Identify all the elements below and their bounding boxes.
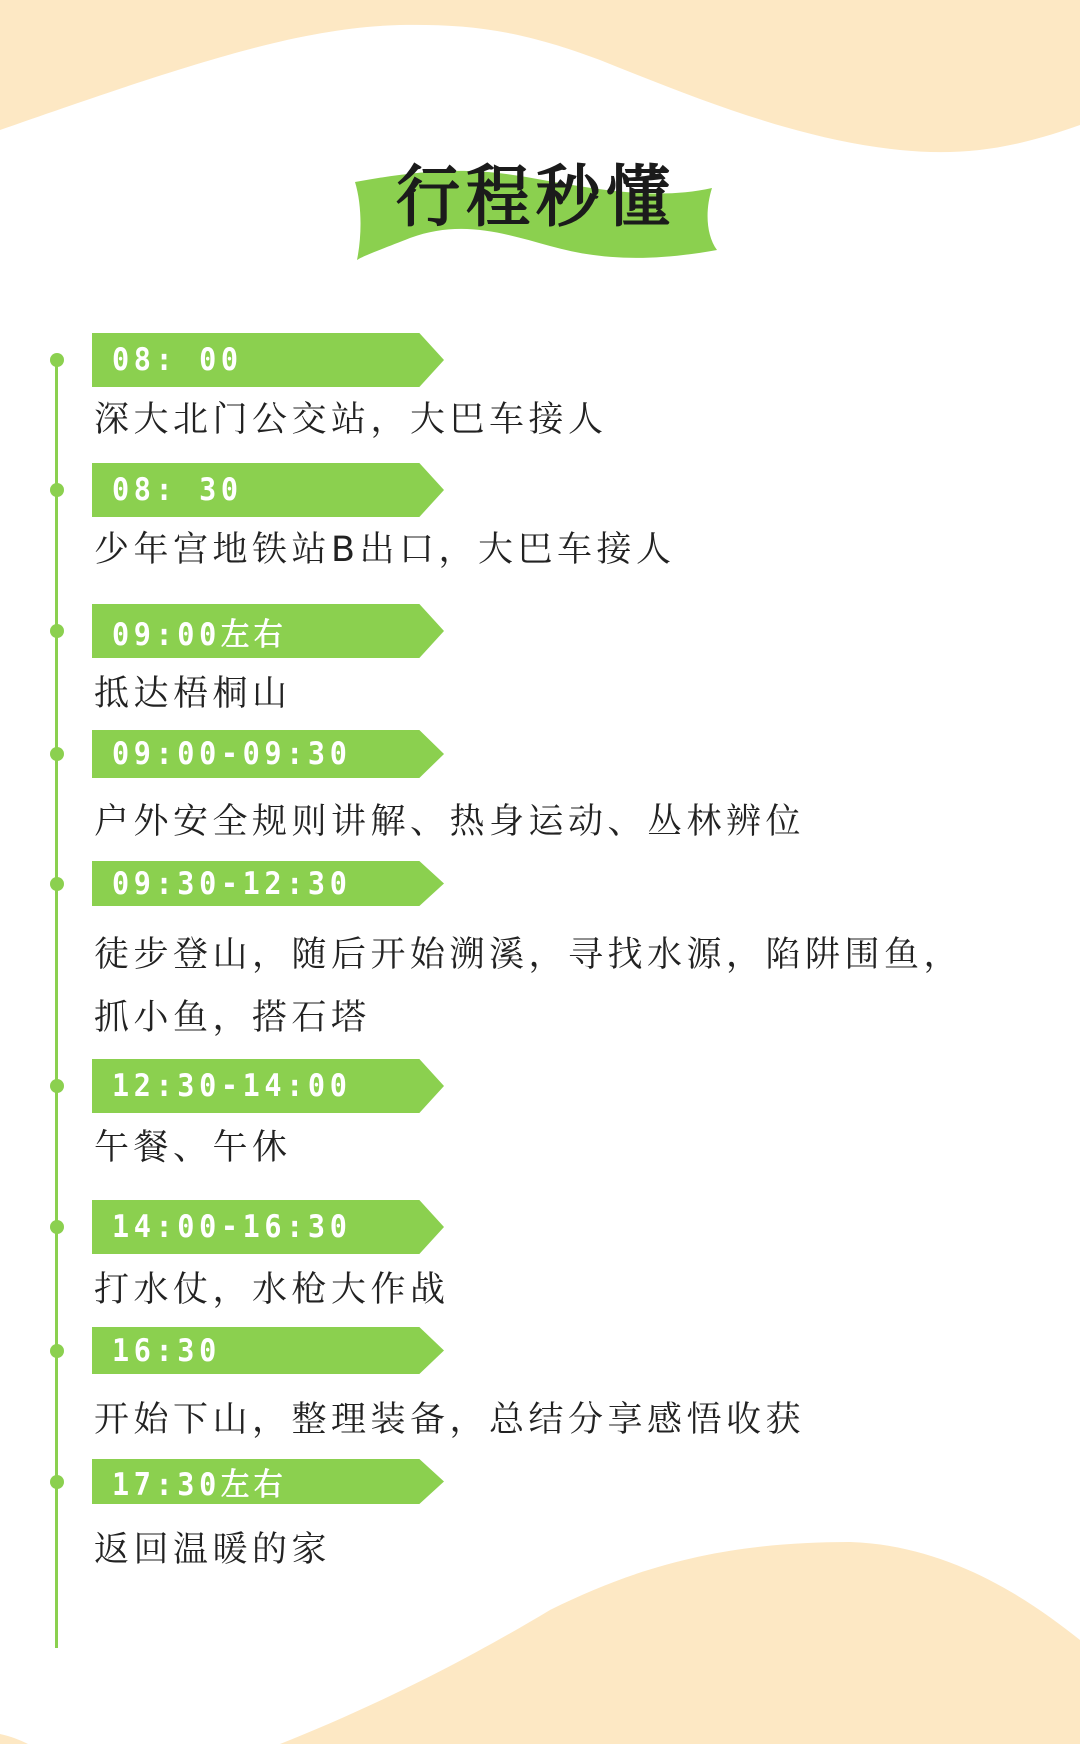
- page-title: 行程秒懂: [350, 156, 722, 240]
- timeline-dot: [50, 747, 64, 761]
- description: 徒步登山，随后开始溯溪，寻找水源，陷阱围鱼，: [94, 935, 963, 975]
- title-banner: 行程秒懂: [350, 150, 722, 270]
- time-badge: 08: 00: [92, 333, 444, 387]
- time-label: 14:00-16:30: [112, 1200, 351, 1254]
- time-label: 16:30: [112, 1327, 221, 1374]
- bottom-wave: [0, 1734, 28, 1744]
- time-badge: 09:30-12:30: [92, 861, 444, 906]
- time-label: 12:30-14:00: [112, 1059, 351, 1113]
- description: 午餐、午休: [94, 1128, 292, 1168]
- description: 深大北门公交站，大巴车接人: [94, 400, 608, 440]
- time-badge: 08: 30: [92, 463, 444, 517]
- timeline-dot: [50, 1220, 64, 1234]
- time-label: 09:30-12:30: [112, 861, 351, 906]
- timeline-dot: [50, 483, 64, 497]
- timeline-dot: [50, 877, 64, 891]
- time-badge: 09:00左右: [92, 604, 444, 658]
- time-label: 09:00-09:30: [112, 730, 351, 778]
- bottom-wave-large: [280, 1542, 1080, 1744]
- timeline-dot: [50, 1475, 64, 1489]
- time-label: 17:30左右: [112, 1459, 287, 1504]
- time-label: 08: 30: [112, 463, 243, 517]
- time-label: 08: 00: [112, 333, 243, 387]
- top-wave: [0, 0, 1080, 152]
- time-label: 09:00左右: [112, 604, 287, 658]
- description: 打水仗，水枪大作战: [94, 1270, 450, 1310]
- description: 返回温暖的家: [94, 1530, 331, 1570]
- timeline-dot: [50, 1344, 64, 1358]
- description: 抵达梧桐山: [94, 674, 292, 714]
- time-badge: 09:00-09:30: [92, 730, 444, 778]
- description: 户外安全规则讲解、热身运动、丛林辨位: [94, 802, 805, 842]
- description: 开始下山，整理装备，总结分享感悟收获: [94, 1400, 805, 1440]
- timeline-dot: [50, 1079, 64, 1093]
- timeline-dot: [50, 624, 64, 638]
- description-line-2: 抓小鱼，搭石塔: [94, 998, 371, 1038]
- time-badge: 14:00-16:30: [92, 1200, 444, 1254]
- time-badge: 16:30: [92, 1327, 444, 1374]
- timeline-dot: [50, 353, 64, 367]
- timeline-line: [55, 362, 58, 1648]
- description: 少年宫地铁站B出口，大巴车接人: [94, 530, 676, 570]
- time-badge: 17:30左右: [92, 1459, 444, 1504]
- time-badge: 12:30-14:00: [92, 1059, 444, 1113]
